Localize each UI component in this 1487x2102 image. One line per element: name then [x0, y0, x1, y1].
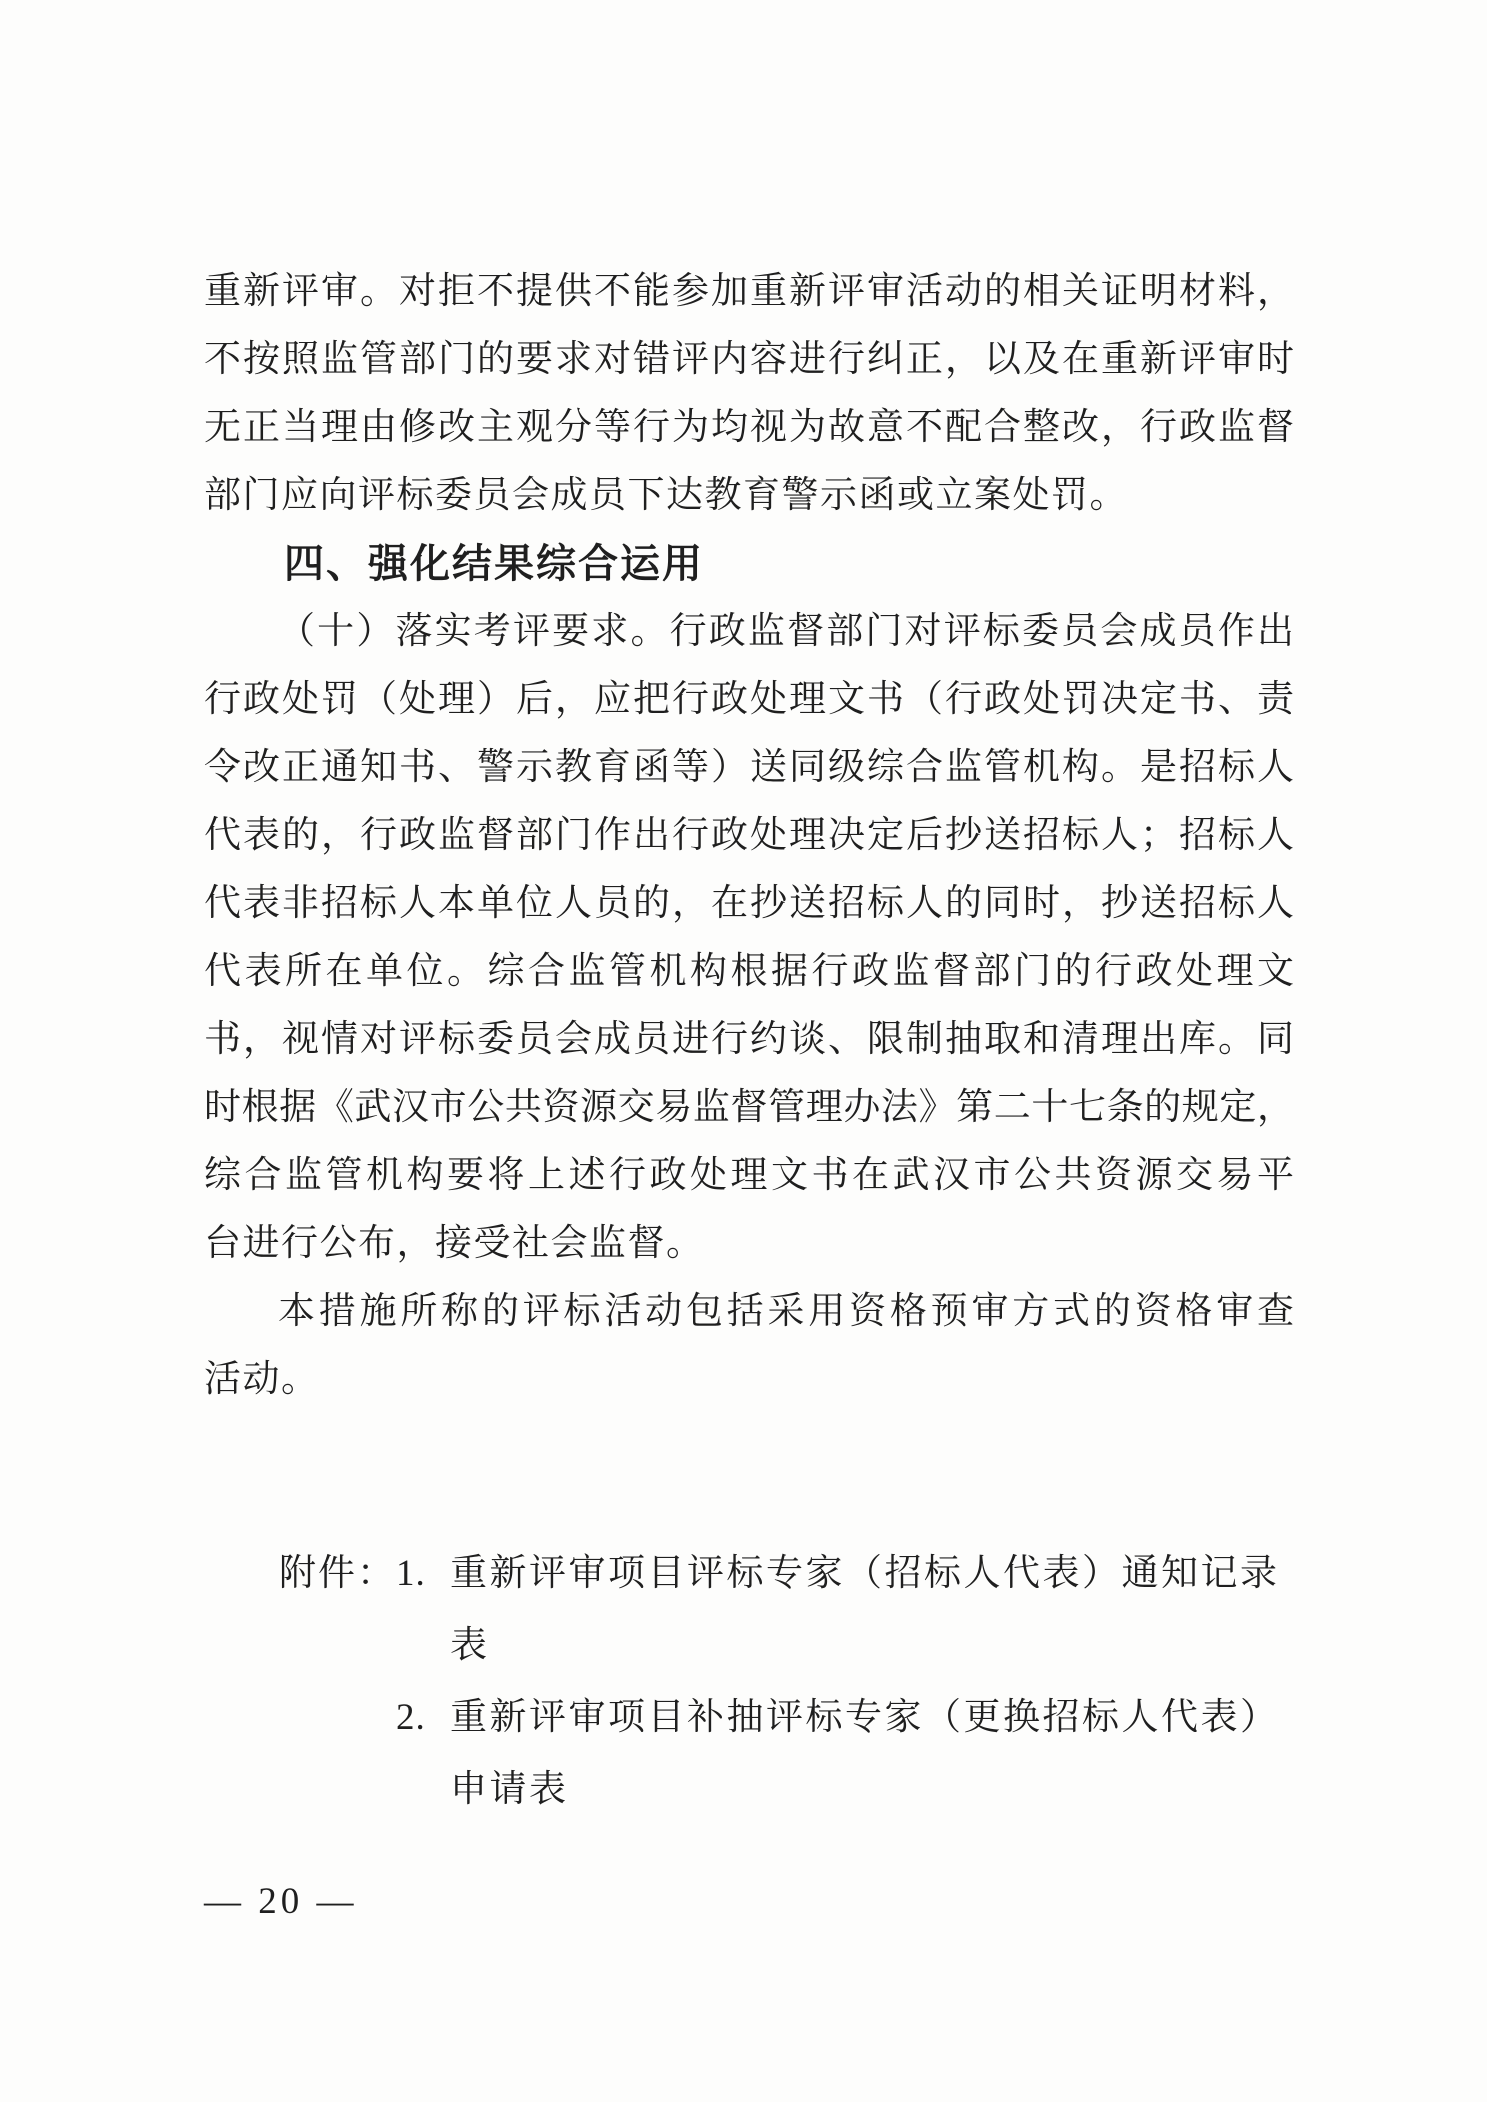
text-line: 无正当理由修改主观分等行为均视为故意不配合整改，行政监督 [204, 394, 1294, 462]
attachment-block: 附件： 1.重新评审项目评标专家（招标人代表）通知记录表2.重新评审项目补抽评标… [279, 1538, 1280, 1826]
attachment-item-line: 重新评审项目补抽评标专家（更换招标人代表） [450, 1682, 1280, 1754]
text-line: 代表的，行政监督部门作出行政处理决定后抄送招标人；招标人 [204, 802, 1294, 870]
attachment-item-text: 重新评审项目补抽评标专家（更换招标人代表）申请表 [450, 1682, 1280, 1826]
text-line: 时根据《武汉市公共资源交易监督管理办法》第二十七条的规定， [204, 1074, 1294, 1142]
attachment-item-text: 重新评审项目评标专家（招标人代表）通知记录表 [450, 1538, 1280, 1682]
text-line: 令改正通知书、警示教育函等）送同级综合监管机构。是招标人 [204, 734, 1294, 802]
attachment-item-line: 申请表 [450, 1754, 1280, 1826]
attachment-item-number: 2. [396, 1682, 450, 1754]
text-line: 活动。 [204, 1346, 1294, 1414]
text-line: 综合监管机构要将上述行政处理文书在武汉市公共资源交易平 [204, 1142, 1294, 1210]
text-line: 台进行公布，接受社会监督。 [204, 1210, 1294, 1278]
text-line: 行政处罚（处理）后，应把行政处理文书（行政处罚决定书、责 [204, 666, 1294, 734]
text-line: 部门应向评标委员会成员下达教育警示函或立案处罚。 [204, 462, 1294, 530]
text-line: （十）落实考评要求。行政监督部门对评标委员会成员作出 [204, 598, 1294, 666]
text-line: 代表非招标人本单位人员的，在抄送招标人的同时，抄送招标人 [204, 870, 1294, 938]
attachment-item-number: 1. [396, 1538, 450, 1610]
page-number: — 20 — [204, 1880, 358, 1924]
attachment-item: 1.重新评审项目评标专家（招标人代表）通知记录表 [396, 1538, 1280, 1682]
text-line: 重新评审。对拒不提供不能参加重新评审活动的相关证明材料， [204, 258, 1294, 326]
section-heading: 四、强化结果综合运用 [204, 530, 1294, 598]
body-text: 重新评审。对拒不提供不能参加重新评审活动的相关证明材料，不按照监管部门的要求对错… [204, 258, 1294, 1414]
text-line: 不按照监管部门的要求对错评内容进行纠正，以及在重新评审时 [204, 326, 1294, 394]
attachment-item: 2.重新评审项目补抽评标专家（更换招标人代表）申请表 [396, 1682, 1280, 1826]
attachment-label: 附件： [279, 1538, 396, 1610]
text-line: 本措施所称的评标活动包括采用资格预审方式的资格审查 [204, 1278, 1294, 1346]
document-page: 重新评审。对拒不提供不能参加重新评审活动的相关证明材料，不按照监管部门的要求对错… [0, 0, 1487, 2102]
attachment-items: 1.重新评审项目评标专家（招标人代表）通知记录表2.重新评审项目补抽评标专家（更… [396, 1538, 1280, 1826]
text-line: 代表所在单位。综合监管机构根据行政监督部门的行政处理文 [204, 938, 1294, 1006]
text-line: 书，视情对评标委员会成员进行约谈、限制抽取和清理出库。同 [204, 1006, 1294, 1074]
attachment-item-line: 表 [450, 1610, 1280, 1682]
attachment-item-line: 重新评审项目评标专家（招标人代表）通知记录 [450, 1538, 1280, 1610]
